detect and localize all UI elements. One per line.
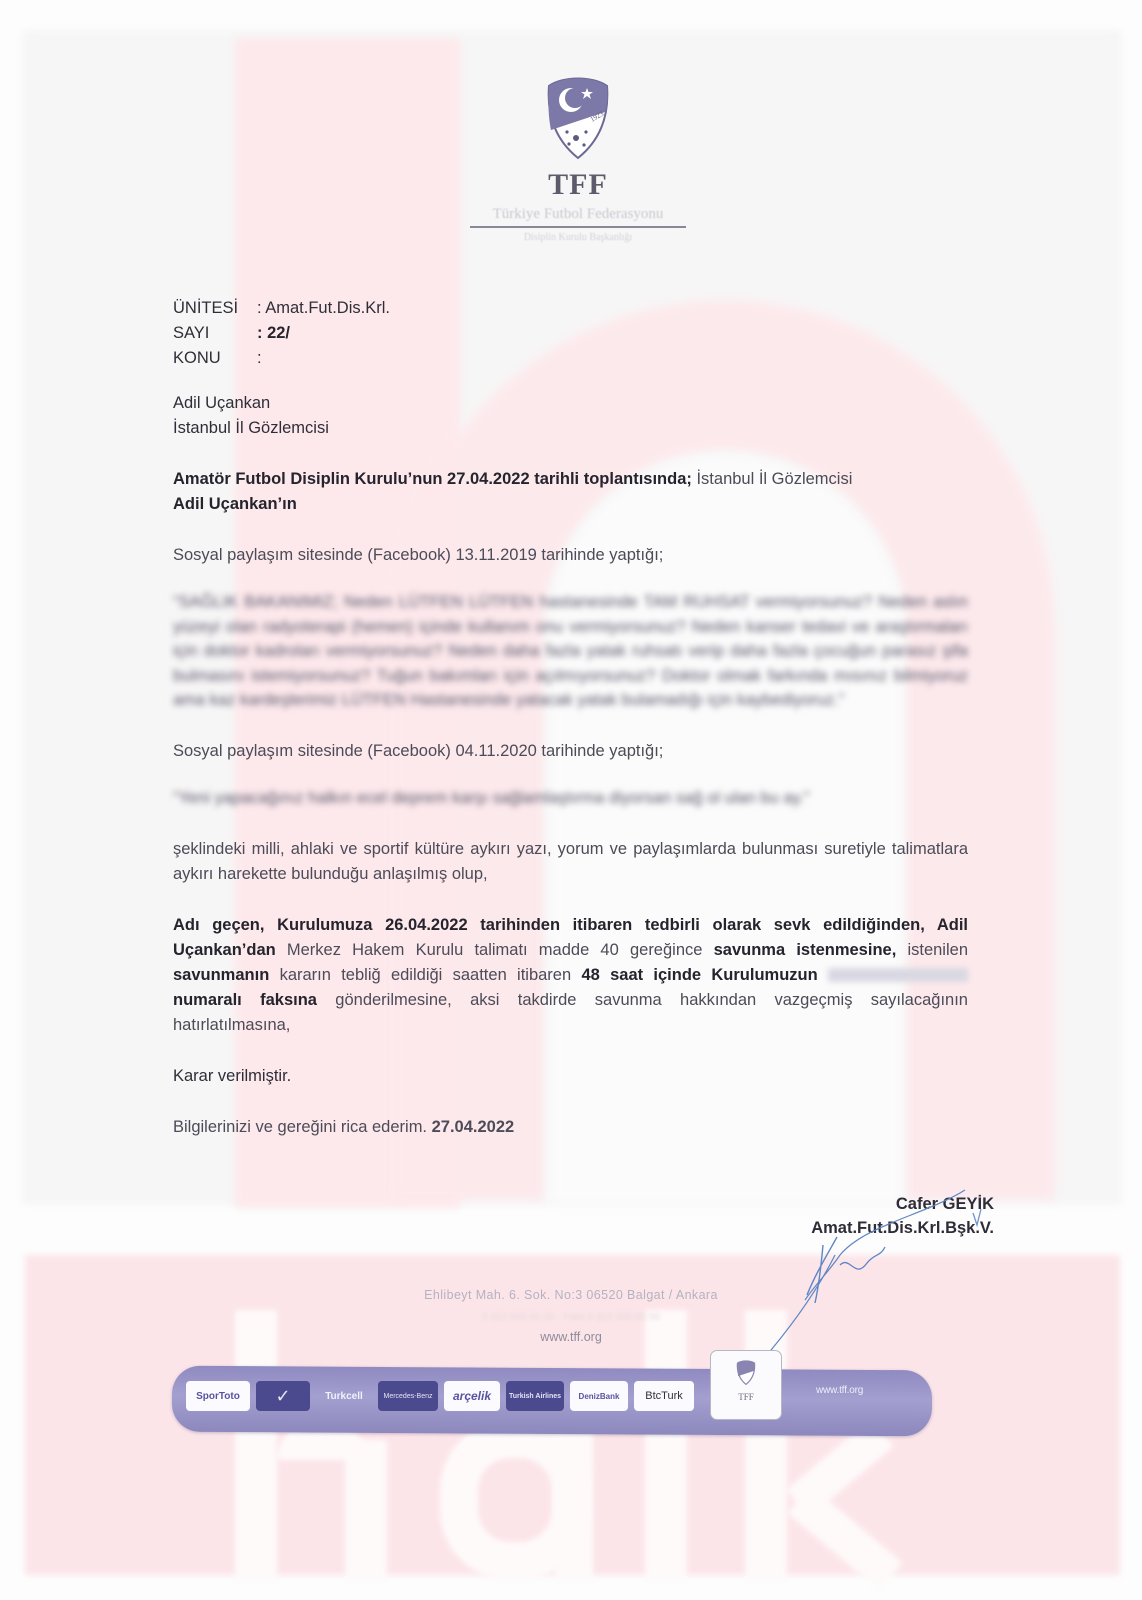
org-full-name: Türkiye Futbol Federasyonu (470, 206, 686, 223)
signature-scribble-icon (745, 1185, 1005, 1375)
letterhead-divider (470, 226, 686, 228)
letter-body: ÜNİTESİ : Amat.Fut.Dis.Krl. SAYI : 22/ K… (173, 296, 968, 1140)
decision-text: savunma istenmesine, (714, 941, 897, 959)
redacted-fax-number (828, 968, 968, 982)
closing-line: Bilgilerinizi ve gereğini rica ederim. 2… (173, 1115, 968, 1140)
sponsor-logo: BtcTurk (634, 1381, 694, 1411)
meta-label: ÜNİTESİ (173, 296, 257, 321)
footer-address: Ehlibeyt Mah. 6. Sok. No:3 06520 Balgat … (0, 1288, 1142, 1302)
tff-crest-icon: 1923 (543, 72, 613, 160)
meta-value: : (257, 346, 262, 371)
meta-unit: ÜNİTESİ : Amat.Fut.Dis.Krl. (173, 296, 968, 321)
meta-value: : 22/ (257, 321, 290, 346)
addressee: Adil Uçankan İstanbul İl Gözlemcisi (173, 391, 968, 441)
intro-paragraph: Amatör Futbol Disiplin Kurulu’nun 27.04.… (173, 467, 968, 517)
meta-subject: KONU : (173, 346, 968, 371)
decision-text: faksına (260, 991, 317, 1009)
intro-line2: Adil Uçankan’ın (173, 495, 297, 513)
decision-text: Merkez Hakem Kurulu talimatı madde 40 ge… (276, 941, 714, 959)
meta-number: SAYI : 22/ (173, 321, 968, 346)
closing-text: Bilgilerinizi ve gereğini rica ederim. (173, 1118, 427, 1136)
meta-label: SAYI (173, 321, 257, 346)
tff-tag: TFF (710, 1350, 782, 1420)
post1-redacted-quote: “SAĞLIK BAKANIMIZ; Neden LÜTFEN LÜTFEN h… (173, 590, 968, 713)
org-abbreviation: TFF (470, 168, 686, 202)
sponsor-logo: Turkcell (316, 1381, 372, 1411)
sponsor-logo: DenizBank (570, 1381, 628, 1411)
sponsor-logo-nike: ✓ (256, 1381, 310, 1411)
verdict: Karar verilmiştir. (173, 1064, 968, 1089)
deadline-text: 48 saat içinde Kurulumuzun (581, 966, 817, 984)
referral-date: 26.04.2022 (385, 916, 468, 934)
sponsor-logo: SporToto (186, 1381, 250, 1411)
tff-tag-label: TFF (711, 1392, 781, 1402)
decision-text: savunmanın (173, 966, 269, 984)
tff-crest-small-icon (735, 1359, 757, 1385)
footer-website[interactable]: www.tff.org (0, 1330, 1142, 1344)
finding-paragraph: şeklindeki milli, ahlaki ve sportif kült… (173, 837, 968, 887)
decision-text: kararın tebliğ edildiği saatten itibaren (269, 966, 581, 984)
decision-text: numaralı (173, 991, 260, 1009)
closing-date: 27.04.2022 (432, 1118, 515, 1136)
meta-value: : Amat.Fut.Dis.Krl. (257, 296, 390, 321)
meta-label: KONU (173, 346, 257, 371)
intro-normal: İstanbul İl Gözlemcisi (692, 470, 852, 488)
letterhead: 1923 TFF Türkiye Futbol Federasyonu Disi… (470, 72, 686, 243)
bar-website: www.tff.org (816, 1385, 863, 1396)
decision-text: Adı geçen, Kurulumuza (173, 916, 385, 934)
intro-bold: Amatör Futbol Disiplin Kurulu’nun 27.04.… (173, 470, 692, 488)
org-department: Disiplin Kurulu Başkanlığı (470, 232, 686, 243)
sponsor-logo: arçelik (444, 1381, 500, 1411)
post2-redacted-quote: “Yeni yapacağınız halkın ecel deprem kar… (173, 786, 968, 811)
addressee-title: İstanbul İl Gözlemcisi (173, 416, 968, 441)
decision-paragraph: Adı geçen, Kurulumuza 26.04.2022 tarihin… (173, 913, 968, 1038)
addressee-name: Adil Uçankan (173, 391, 968, 416)
decision-text: istenilen (896, 941, 968, 959)
footer-phone-redacted: 0 312 000 00 00 · Faks 0 312 000 00 00 (0, 1312, 1142, 1323)
sponsor-logo: Turkish Airlines (506, 1381, 564, 1411)
sponsor-logo: Mercedes-Benz (378, 1381, 438, 1411)
post2-heading: Sosyal paylaşım sitesinde (Facebook) 04.… (173, 739, 968, 764)
post1-heading: Sosyal paylaşım sitesinde (Facebook) 13.… (173, 543, 968, 568)
